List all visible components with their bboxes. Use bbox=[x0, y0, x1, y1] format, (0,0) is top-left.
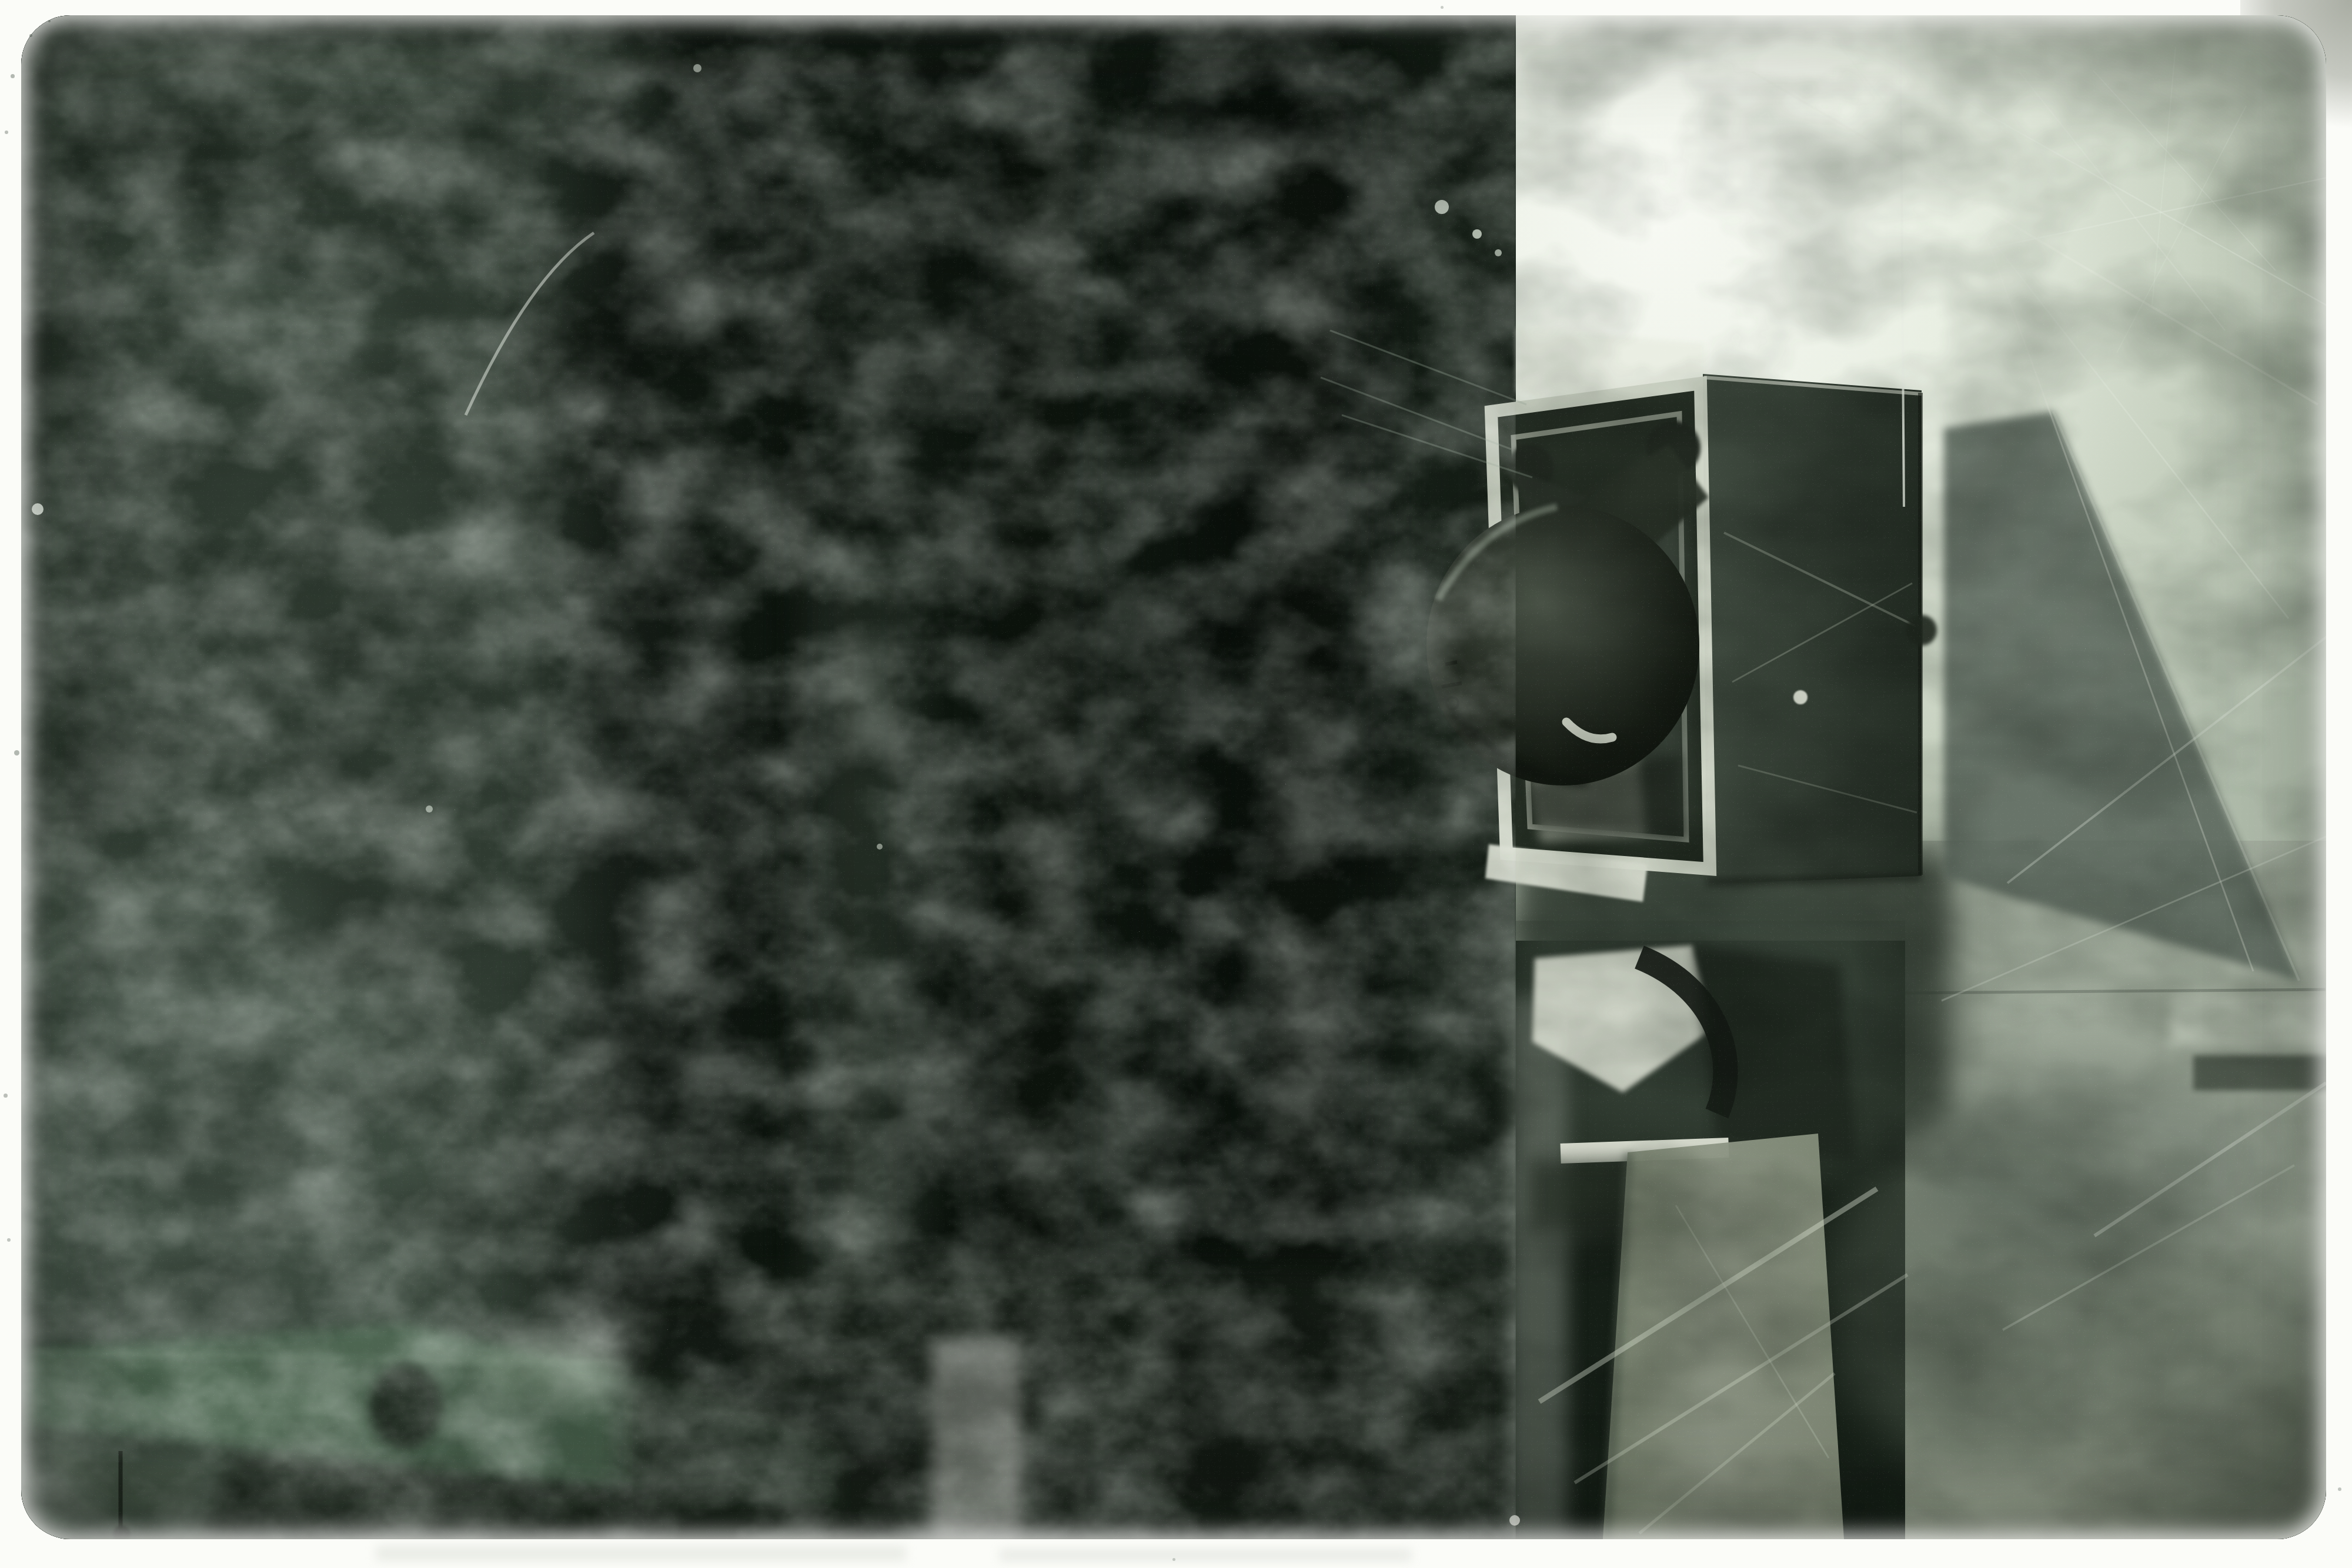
page: { "meta": { "domain": "Natural-Image", "… bbox=[0, 0, 2352, 1568]
vignette bbox=[21, 15, 2326, 1539]
border-smudge bbox=[376, 1546, 906, 1560]
vintage-photo-print: Distressed vintage green-tinted monochro… bbox=[21, 15, 2326, 1539]
photo-scene bbox=[21, 15, 2326, 1539]
border-smudge bbox=[1000, 1550, 1411, 1560]
